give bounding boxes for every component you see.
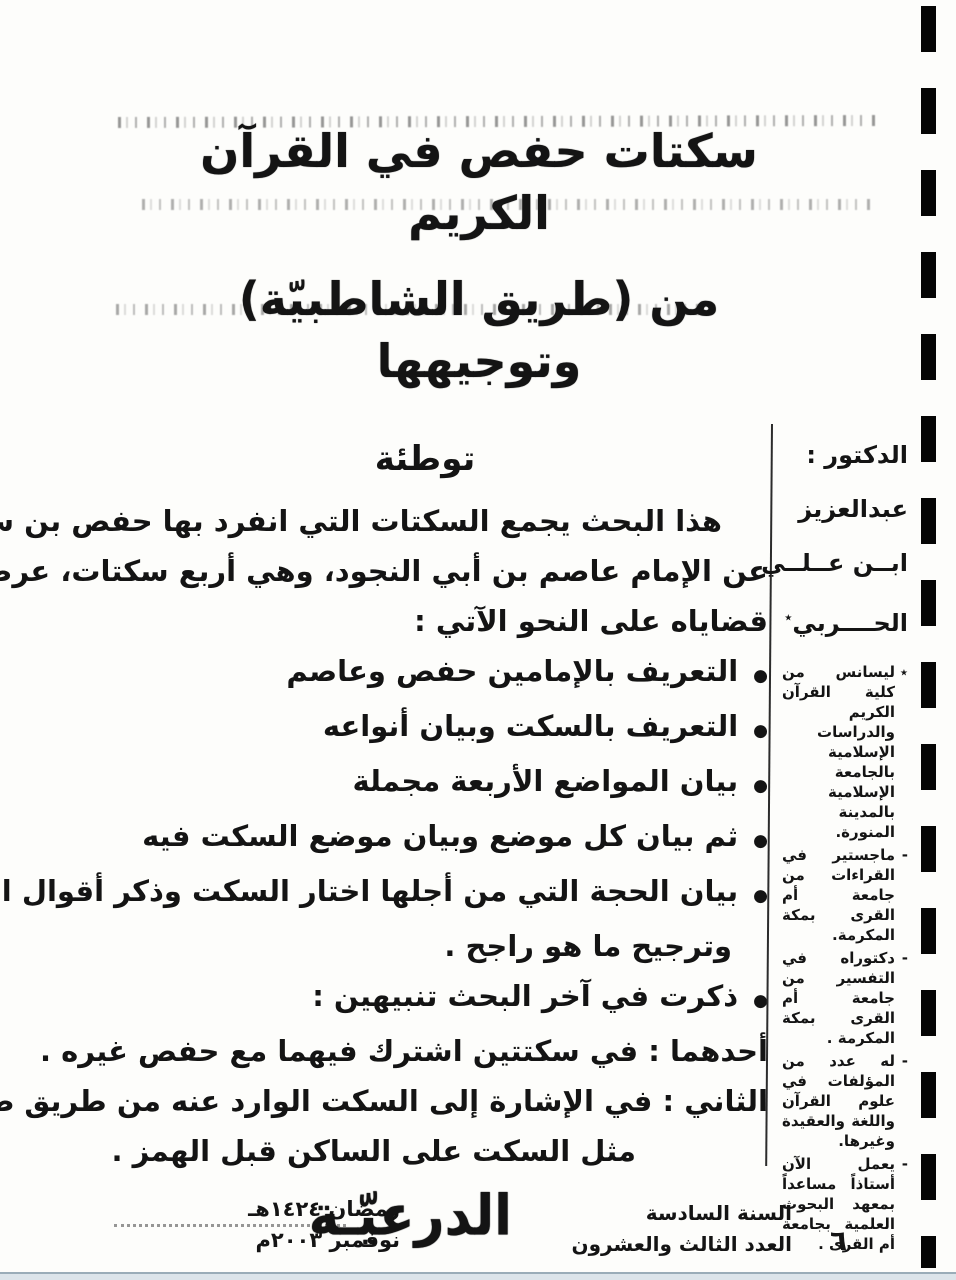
article-title-line-1: سكتات حفص في القرآن الكريم [130,120,828,244]
bullet-text: بيان الحجة التي من أجلها اختار السكت وذك… [0,866,738,916]
bullet-dot-icon: ● [753,761,768,811]
note-first: أحدهما : في سكتتين اشترك فيهما مع حفص غي… [82,1026,768,1076]
bullet-dot-icon: ● [753,651,768,701]
author-name-text: الحــــربي [792,609,908,637]
author-name-line: عبدالعزيز [782,494,908,524]
footnote-item: - دكتوراه في التفسير من جامعة أم القرى ب… [782,948,908,1048]
footnote-item: - له عدد من المؤلفات في علوم القرآن والل… [782,1051,908,1151]
footnote-marker: - [902,845,908,865]
note-text: في سكتتين اشترك فيهما مع حفص غيره . [40,1034,638,1068]
bullet-text: التعريف بالسكت وبيان أنواعه [323,701,738,751]
author-sidebar: الدكتور : عبدالعزيز ابــن عــلــي الحـــ… [782,440,908,1257]
bullet-item: ● ذكرت في آخر البحث تنبيهين : [82,971,768,1026]
note-text: في الإشارة إلى السكت الوارد عنه من طريق … [0,1084,652,1118]
page-number: ٦ [830,1224,847,1257]
footnote-marker: - [902,1051,908,1071]
footnote-item: ٭ ليسانس من كلية القرآن الكريم والدراسات… [782,662,908,842]
volume-label: السنة السادسة [598,1198,792,1229]
footnote-marker: ٭ [900,662,908,682]
bullet-continuation-line: وترجيح ما هو راجح . [82,921,768,971]
article-body: توطئة هذا البحث يجمع السكتات التي انفرد … [82,434,768,1176]
footnote-item: - ماجستير في القراءات من جامعة أم القرى … [782,845,908,945]
intro-line: قضاياه على النحو الآتي : [82,596,768,646]
bullet-text: ثم بيان كل موضع وبيان موضع السكت فيه [142,811,738,861]
bullet-text: التعريف بالإمامين حفص وعاصم [286,646,738,696]
note-second: الثاني : في الإشارة إلى السكت الوارد عنه… [82,1076,768,1126]
footer-strip [0,1272,956,1280]
footnote-text: دكتوراه في التفسير من جامعة أم القرى بمك… [782,949,895,1047]
article-title: سكتات حفص في القرآن الكريم من (طريق الشا… [130,120,828,392]
bullet-item: ● التعريف بالإمامين حفص وعاصم [82,646,768,701]
bullet-text: بيان المواضع الأربعة مجملة [352,756,738,806]
bullet-item: ● بيان المواضع الأربعة مجملة [82,756,768,811]
footnote-marker: - [902,948,908,968]
note-label: أحدهما : [648,1034,768,1068]
intro-line: عن الإمام عاصم بن أبي النجود، وهي أربع س… [82,546,768,596]
bullet-text: ذكرت في آخر البحث تنبيهين : [312,971,738,1021]
note-label: الثاني : [663,1084,768,1118]
footnote-text: له عدد من المؤلفات في علوم القرآن واللغة… [782,1052,895,1150]
note-text: مثل السكت على الساكن قبل الهمز . [111,1134,636,1168]
footnote-text: ليسانس من كلية القرآن الكريم والدراسات ا… [782,663,895,841]
author-name-line: ابــن عــلــي [782,548,908,578]
article-title-line-2: من (طريق الشاطبيّة) وتوجيهها [130,268,828,392]
binding-punch-marks [921,6,936,1268]
bullet-dot-icon: ● [753,706,768,756]
bullet-dot-icon: ● [753,816,768,866]
bullet-dot-icon: ● [753,871,768,921]
note-second-continuation: مثل السكت على الساكن قبل الهمز . [82,1126,768,1176]
bullet-item: ● التعريف بالسكت وبيان أنواعه [82,701,768,756]
bullet-item: ● ثم بيان كل موضع وبيان موضع السكت فيه [82,811,768,866]
journal-logo: الدرعيّـة [328,1184,512,1249]
scanned-journal-page: سكتات حفص في القرآن الكريم من (طريق الشا… [0,0,956,1280]
footnote-marker: - [902,1154,908,1174]
intro-line: هذا البحث يجمع السكتات التي انفرد بها حف… [82,496,768,546]
author-bio-footnote: ٭ ليسانس من كلية القرآن الكريم والدراسات… [782,662,908,1254]
section-heading: توطئة [82,434,768,484]
author-title: الدكتور : [782,440,908,470]
bullet-item: ● بيان الحجة التي من أجلها اختار السكت و… [82,866,768,921]
issue-label: العدد الثالث والعشرون [598,1229,792,1260]
footnote-text: ماجستير في القراءات من جامعة أم القرى بم… [782,846,895,944]
author-name-line: الحــــربي٭ [782,602,908,638]
issue-info: السنة السادسة العدد الثالث والعشرون [598,1198,792,1260]
